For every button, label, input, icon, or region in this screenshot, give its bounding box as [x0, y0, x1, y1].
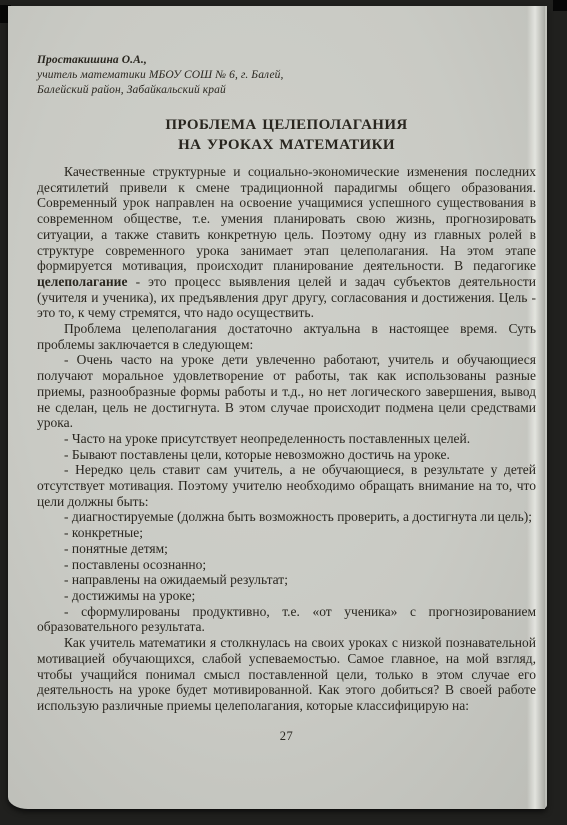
author-block: Простакишина О.А., учитель математики МБ…	[37, 53, 536, 98]
list-paragraph: - понятные детям;	[37, 541, 536, 557]
page-content: Простакишина О.А., учитель математики МБ…	[37, 6, 536, 744]
document-page: Простакишина О.А., учитель математики МБ…	[8, 6, 547, 809]
paragraph-conclusion: Как учитель математики я столкнулась на …	[37, 635, 536, 714]
article-title-line-1: ПРОБЛЕМА ЦЕЛЕПОЛАГАНИЯ	[37, 115, 536, 135]
scan-artifact-top-right	[553, 0, 567, 11]
list-paragraph: - достижимы на уроке;	[37, 588, 536, 604]
paragraph-intro: Качественные структурные и социально-эко…	[37, 164, 536, 321]
article-title-line-2: НА УРОКАХ МАТЕМАТИКИ	[37, 135, 536, 155]
scanned-document: Простакишина О.А., учитель математики МБ…	[0, 0, 567, 825]
term-goal-setting-bold: целеполагание	[37, 274, 127, 289]
author-region: Балейский район, Забайкальский край	[37, 83, 536, 98]
screenshot-root: { "author_block": { "name": "Простакишин…	[0, 0, 567, 825]
list-paragraph: - поставлены осознанно;	[37, 557, 536, 573]
list-paragraph: - Бывают поставлены цели, которые невозм…	[37, 447, 536, 463]
paragraph-problem-statement: Проблема целеполагания достаточно актуал…	[37, 321, 536, 352]
list-paragraph: - сформулированы продуктивно, т.е. «от у…	[37, 604, 536, 635]
list-paragraph: - диагностируемые (должна быть возможнос…	[37, 509, 536, 525]
article-title: ПРОБЛЕМА ЦЕЛЕПОЛАГАНИЯ НА УРОКАХ МАТЕМАТ…	[37, 115, 536, 155]
author-name: Простакишина О.А.,	[37, 53, 536, 68]
list-paragraph: - Очень часто на уроке дети увлеченно ра…	[37, 352, 536, 431]
list-paragraph: - Нередко цель ставит сам учитель, а не …	[37, 462, 536, 509]
paragraph-intro-text: Качественные структурные и социально-эко…	[37, 164, 536, 273]
article-body: Качественные структурные и социально-эко…	[37, 164, 536, 714]
author-position: учитель математики МБОУ СОШ № 6, г. Бале…	[37, 68, 536, 83]
list-paragraph: - Часто на уроке присутствует неопределе…	[37, 431, 536, 447]
list-paragraph: - направлены на ожидаемый результат;	[37, 572, 536, 588]
list-paragraph: - конкретные;	[37, 525, 536, 541]
page-number: 27	[37, 729, 536, 744]
